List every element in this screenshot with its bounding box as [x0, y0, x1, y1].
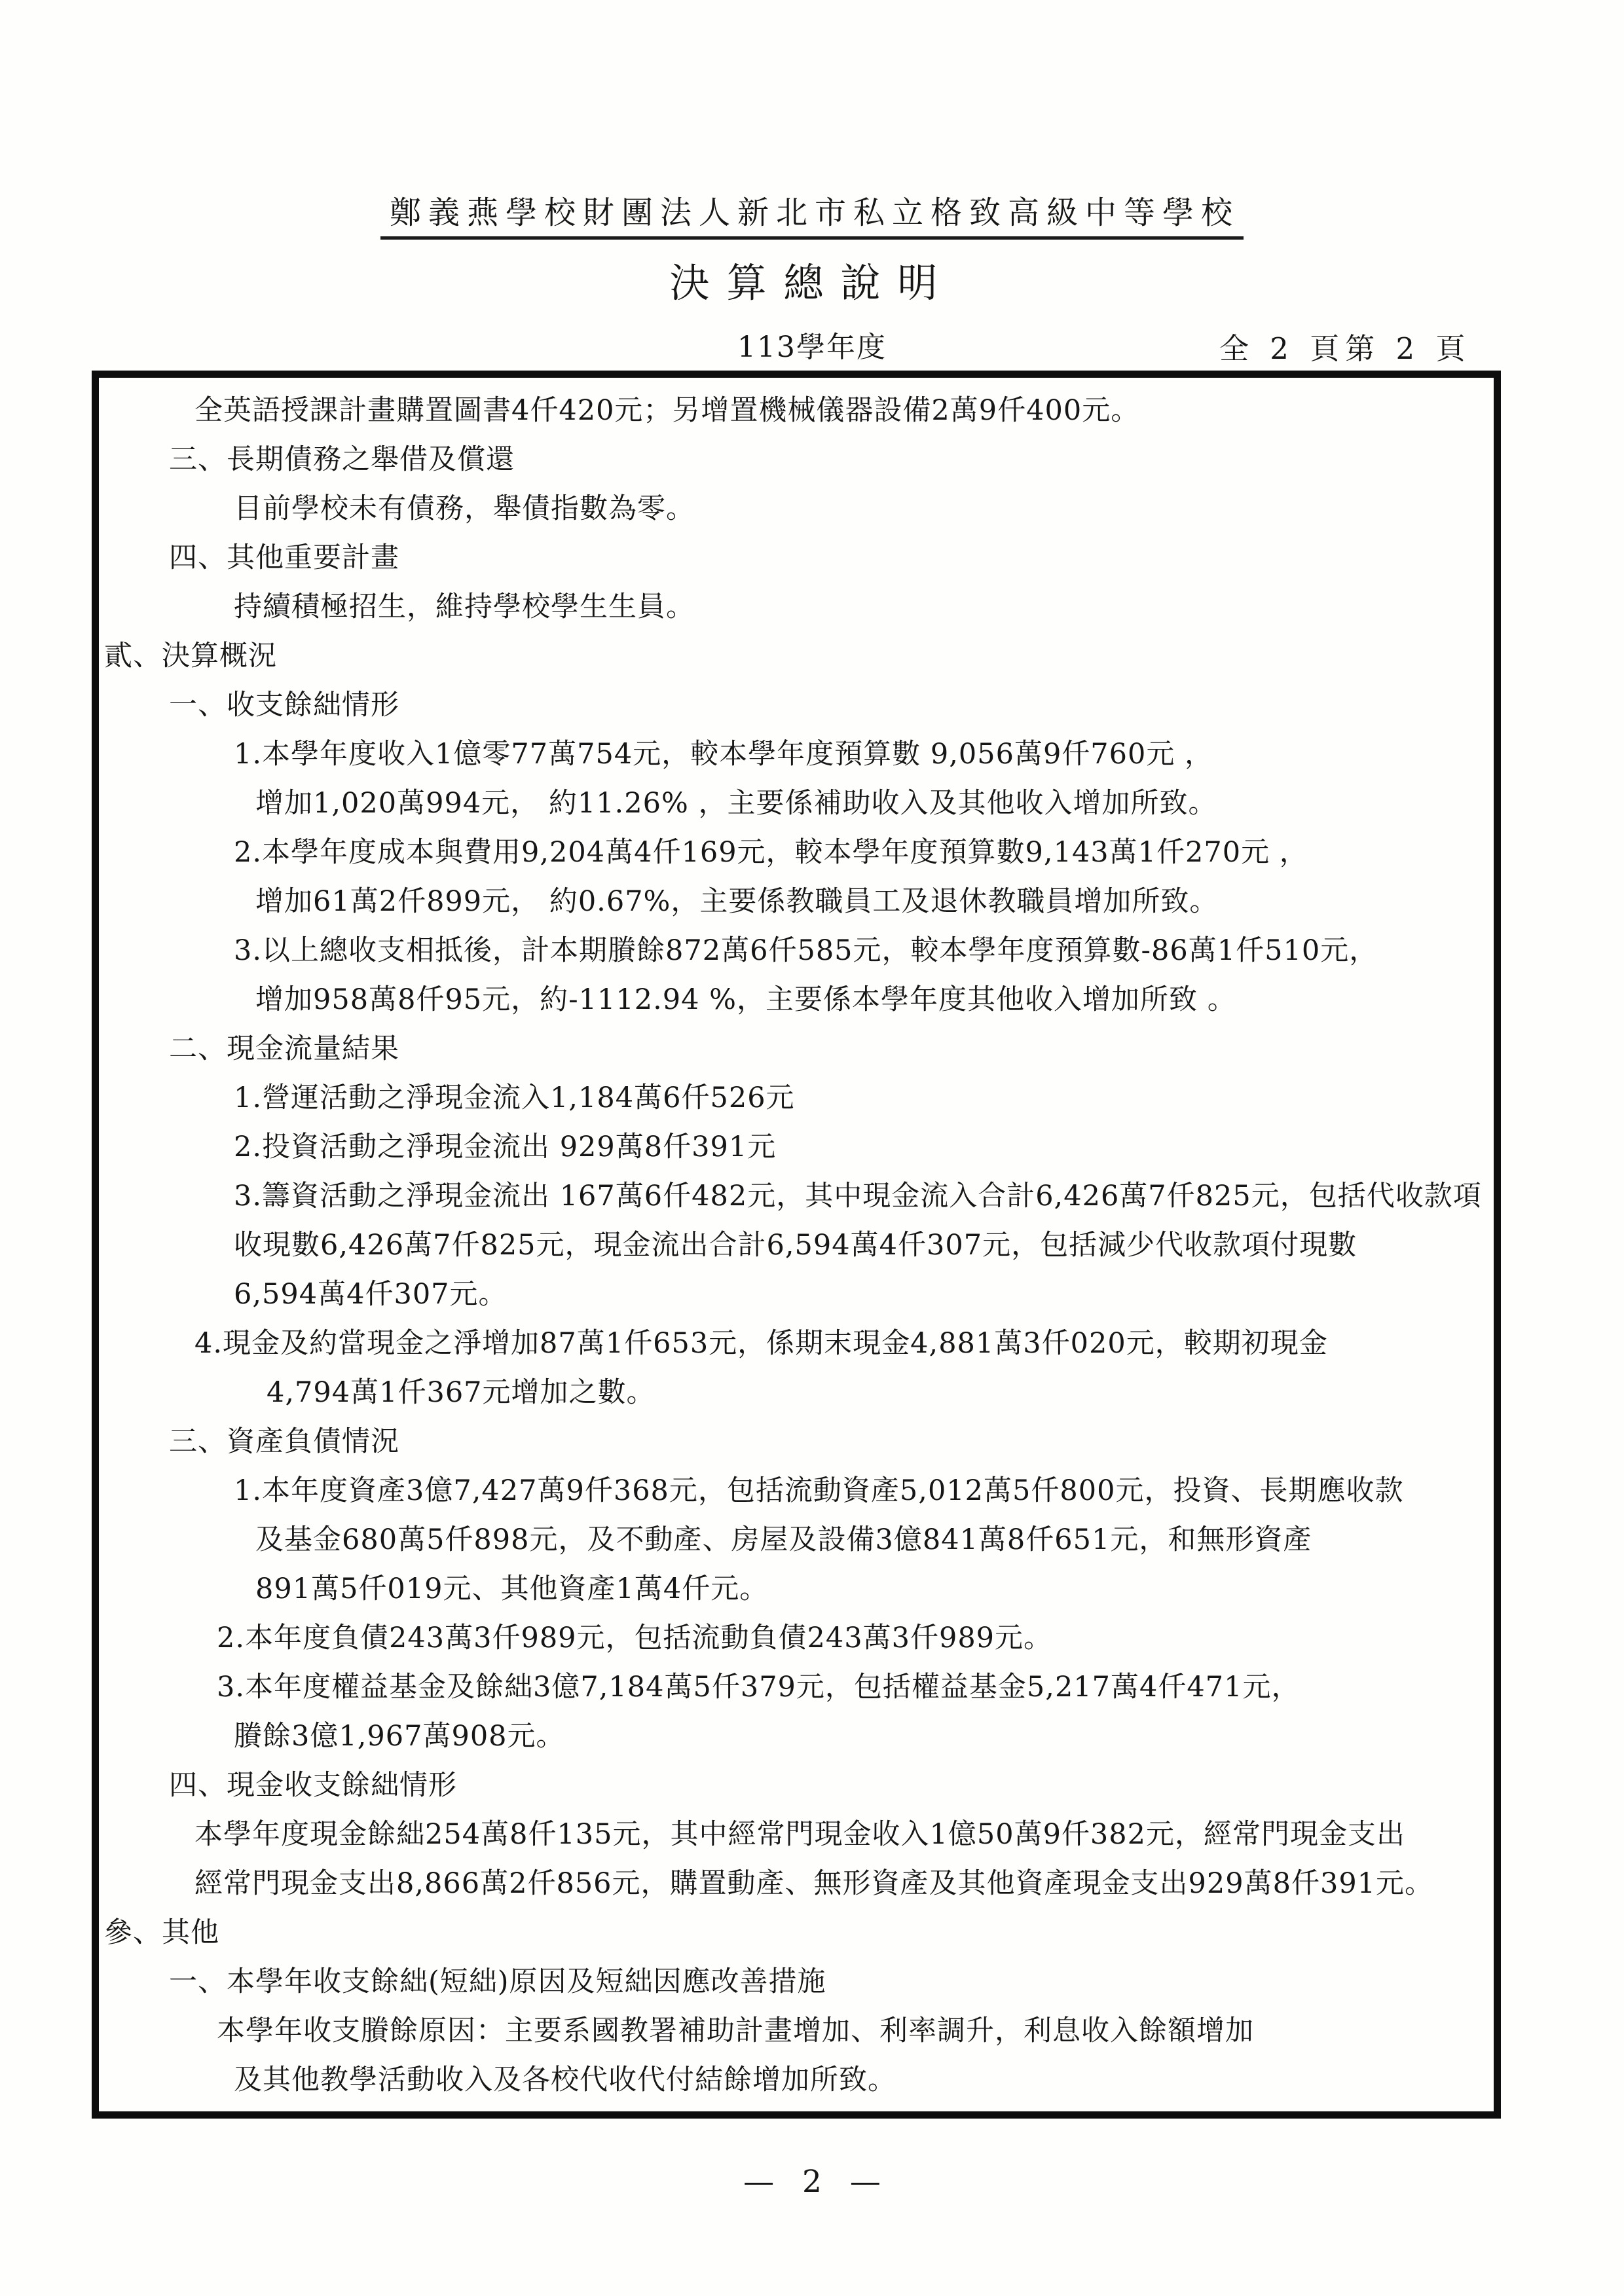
page-count-indicator: 全 2 頁第 2 頁	[1219, 325, 1471, 367]
text-line: 3.以上總收支相抵後，計本期賸餘872萬6仟585元，較本學年度預算數-86萬1…	[99, 926, 1494, 975]
text-line: 2.本學年度成本與費用9,204萬4仟169元，較本學年度預算數9,143萬1仟…	[99, 828, 1494, 877]
text-line: 參、其他	[99, 1908, 1494, 1958]
text-line: 6,594萬4仟307元。	[99, 1270, 1494, 1319]
text-line: 經常門現金支出8,866萬2仟856元，購置動產、無形資產及其他資產現金支出92…	[99, 1859, 1494, 1908]
text-line: 及其他教學活動收入及各校代收代付結餘增加所致。	[99, 2056, 1494, 2105]
text-line: 4,794萬1仟367元增加之數。	[99, 1368, 1494, 1417]
text-line: 三、長期債務之舉借及償還	[99, 435, 1494, 484]
text-line: 目前學校未有債務，舉債指數為零。	[99, 484, 1494, 534]
text-line: 二、現金流量結果	[99, 1025, 1494, 1074]
text-line: 2.投資活動之淨現金流出 929萬8仟391元	[99, 1123, 1494, 1172]
text-line: 及基金680萬5仟898元，及不動產、房屋及設備3億841萬8仟651元，和無形…	[99, 1516, 1494, 1565]
text-line: 增加1,020萬994元， 約11.26% ，主要係補助收入及其他收入增加所致。	[99, 779, 1494, 828]
text-line: 全英語授課計畫購置圖書4仟420元；另增置機械儀器設備2萬9仟400元。	[99, 386, 1494, 435]
text-line: 本學年收支賸餘原因：主要系國教署補助計畫增加、利率調升，利息收入餘額增加	[99, 2007, 1494, 2056]
text-line: 四、現金收支餘絀情形	[99, 1761, 1494, 1810]
text-line: 增加958萬8仟95元，約-1112.94 %，主要係本學年度其他收入增加所致 …	[99, 975, 1494, 1025]
school-name-text: 鄭義燕學校財團法人新北市私立格致高級中等學校	[380, 194, 1244, 240]
text-line: 四、其他重要計畫	[99, 534, 1494, 583]
text-line: 891萬5仟019元、其他資產1萬4仟元。	[99, 1565, 1494, 1614]
text-line: 4.現金及約當現金之淨增加87萬1仟653元，係期末現金4,881萬3仟020元…	[99, 1319, 1494, 1368]
text-line: 1.本學年度收入1億零77萬754元，較本學年度預算數 9,056萬9仟760元…	[99, 730, 1494, 779]
text-line: 一、收支餘絀情形	[99, 681, 1494, 730]
text-line: 持續積極招生，維持學校學生生員。	[99, 583, 1494, 632]
text-line: 2.本年度負債243萬3仟989元，包括流動負債243萬3仟989元。	[99, 1614, 1494, 1663]
document-title: 決算總說明	[0, 251, 1624, 308]
school-name: 鄭義燕學校財團法人新北市私立格致高級中等學校	[0, 187, 1624, 232]
text-line: 1.本年度資產3億7,427萬9仟368元，包括流動資產5,012萬5仟800元…	[99, 1467, 1494, 1516]
text-line: 三、資產負債情況	[99, 1417, 1494, 1467]
text-line: 收現數6,426萬7仟825元，現金流出合計6,594萬4仟307元，包括減少代…	[99, 1221, 1494, 1270]
text-line: 3.本年度權益基金及餘絀3億7,184萬5仟379元，包括權益基金5,217萬4…	[99, 1663, 1494, 1712]
text-line: 賸餘3億1,967萬908元。	[99, 1712, 1494, 1761]
text-line: 本學年度現金餘絀254萬8仟135元，其中經常門現金收入1億50萬9仟382元，…	[99, 1810, 1494, 1859]
text-line: 3.籌資活動之淨現金流出 167萬6仟482元，其中現金流入合計6,426萬7仟…	[99, 1172, 1494, 1221]
content-box: 全英語授課計畫購置圖書4仟420元；另增置機械儀器設備2萬9仟400元。三、長期…	[92, 371, 1501, 2119]
page-number: — 2 —	[743, 2164, 881, 2200]
document-page: 鄭義燕學校財團法人新北市私立格致高級中等學校 決算總說明 113學年度 全 2 …	[0, 0, 1624, 2296]
text-line: 一、本學年收支餘絀(短絀)原因及短絀因應改善措施	[99, 1958, 1494, 2007]
text-line: 1.營運活動之淨現金流入1,184萬6仟526元	[99, 1074, 1494, 1123]
text-line: 貳、決算概況	[99, 632, 1494, 681]
document-body: 全英語授課計畫購置圖書4仟420元；另增置機械儀器設備2萬9仟400元。三、長期…	[99, 378, 1494, 2111]
page-footer: — 2 —	[0, 2164, 1624, 2200]
text-line: 增加61萬2仟899元， 約0.67%，主要係教職員工及退休教職員增加所致。	[99, 877, 1494, 926]
